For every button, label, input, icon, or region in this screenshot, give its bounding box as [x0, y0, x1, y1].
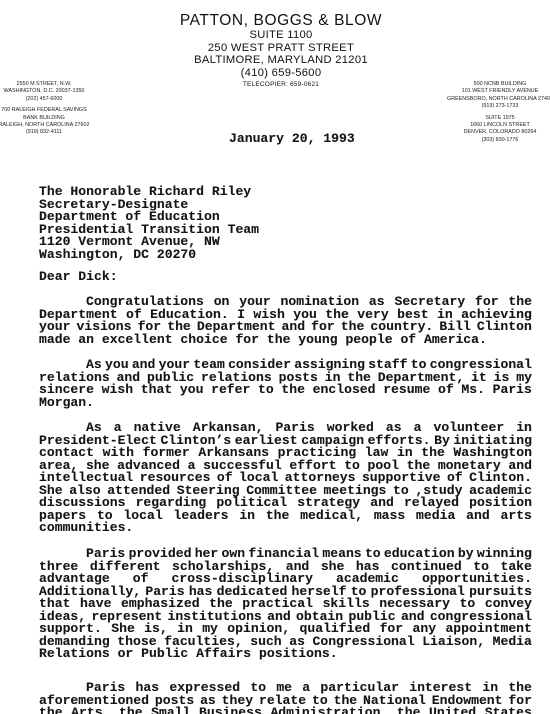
paragraph-line: Relations or Public Affairs positions. — [39, 648, 532, 661]
office-address-line: WASHINGTON, D.C. 20037-1350 — [0, 88, 102, 95]
office-address-block: 700 RALEIGH FEDERAL SAVINGSBANK BUILDING… — [0, 107, 102, 137]
firm-name: PATTON, BOGGS & BLOW — [150, 12, 412, 29]
letterhead-left-offices: 2550 M STREET, N.W.WASHINGTON, D.C. 2003… — [0, 81, 102, 137]
recipient-address: The Honorable Richard Riley Secretary-De… — [39, 186, 259, 261]
office-address-line: (919) 273-1733 — [437, 103, 550, 110]
office-telecopier: TELECOPIER: 659-0621 — [150, 80, 412, 90]
office-address-line: SUITE 1975 — [437, 115, 550, 122]
office-street: 250 WEST PRATT STREET — [150, 42, 412, 55]
office-address-line: 101 WEST FRIENDLY AVENUE — [437, 88, 550, 95]
office-address-line: (202) 457-6000 — [0, 96, 102, 103]
salutation: Dear Dick: — [39, 271, 118, 284]
office-address-block: 2550 M STREET, N.W.WASHINGTON, D.C. 2003… — [0, 81, 102, 103]
paragraph-line: sincerewishthatyourefertotheenclosedresu… — [39, 384, 532, 397]
paragraph-line: made an excellent choice for the young p… — [39, 334, 532, 347]
letter-date: January 20, 1993 — [229, 133, 355, 146]
office-address-line: 700 RALEIGH FEDERAL SAVINGS — [0, 107, 102, 114]
office-suite: SUITE 1100 — [150, 29, 412, 42]
office-address-line: 500 NCNB BUILDING — [437, 81, 550, 88]
body-paragraph: AsanativeArkansan,Parisworkedasavoluntee… — [39, 422, 532, 535]
paragraph-line: communities. — [39, 522, 532, 535]
body-paragraph: Parisprovidedherownfinancialmeanstoeduca… — [39, 548, 532, 661]
recipient-line: Washington, DC 20270 — [39, 249, 259, 262]
office-address-line: DENVER, COLORADO 80264 — [437, 129, 550, 136]
office-address-line: 2550 M STREET, N.W. — [0, 81, 102, 88]
office-address-line: (303) 830-1776 — [437, 137, 550, 144]
paragraph-line: theArts,theSmallBusinessAdministration,t… — [39, 707, 532, 714]
body-paragraph: Asyouandyourteamconsiderassigningstaffto… — [39, 359, 532, 409]
office-address-block: SUITE 19751660 LINCOLN STREETDENVER, COL… — [437, 115, 550, 145]
letterhead-right-offices: 500 NCNB BUILDING101 WEST FRIENDLY AVENU… — [437, 81, 550, 144]
office-address-line: GREENSBORO, NORTH CAROLINA 27401 — [437, 96, 550, 103]
paragraph-line: Morgan. — [39, 397, 532, 410]
body-paragraph: Parishasexpressedtomeaparticularinterest… — [39, 682, 532, 714]
letterhead-main: PATTON, BOGGS & BLOW SUITE 1100 250 WEST… — [150, 12, 412, 90]
office-address-line: RALEIGH, NORTH CAROLINA 27602 — [0, 122, 102, 129]
office-address-line: (919) 832-4111 — [0, 129, 102, 136]
office-address-line: 1660 LINCOLN STREET — [437, 122, 550, 129]
office-address-block: 500 NCNB BUILDING101 WEST FRIENDLY AVENU… — [437, 81, 550, 111]
body-paragraph: CongratulationsonyournominationasSecreta… — [39, 296, 532, 346]
office-city: BALTIMORE, MARYLAND 21201 — [150, 54, 412, 67]
office-phone: (410) 659-5600 — [150, 67, 412, 80]
office-address-line: BANK BUILDING — [0, 115, 102, 122]
letter-page: PATTON, BOGGS & BLOW SUITE 1100 250 WEST… — [0, 0, 550, 714]
